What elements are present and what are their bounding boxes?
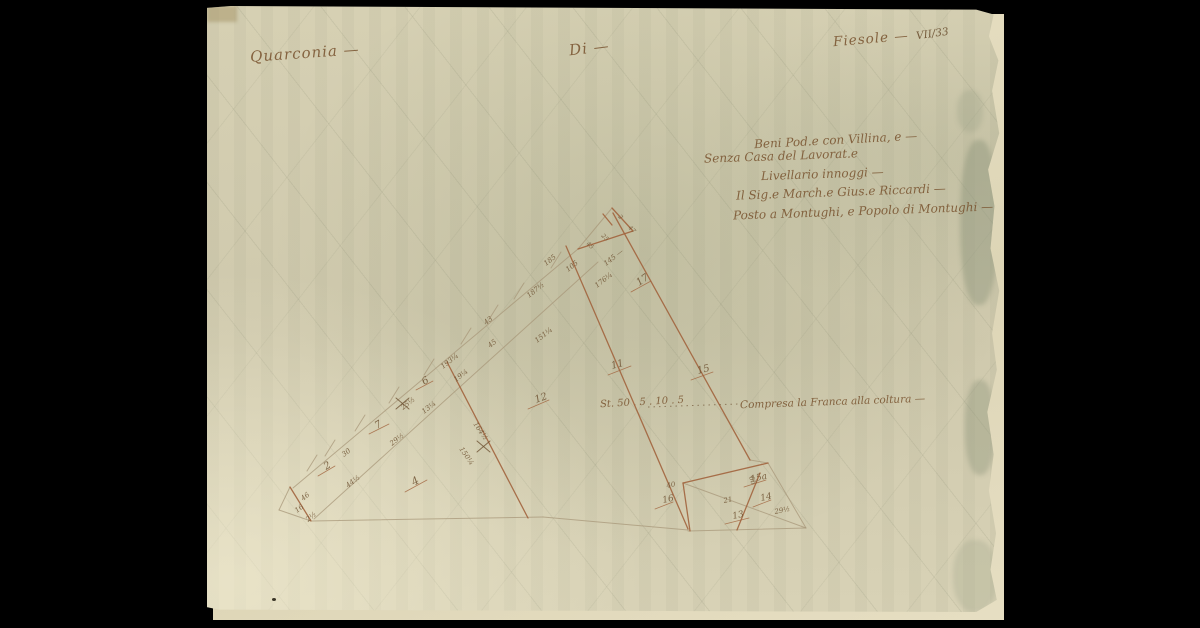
- ink-speck: [272, 598, 276, 601]
- manuscript-sheet: [207, 6, 1000, 612]
- scan-background: Quarconia — Di — Fiesole — VII/33 Beni P…: [0, 0, 1200, 628]
- paper-damage: [953, 540, 997, 612]
- paper-stain: [207, 6, 237, 22]
- paper-damage: [957, 90, 983, 132]
